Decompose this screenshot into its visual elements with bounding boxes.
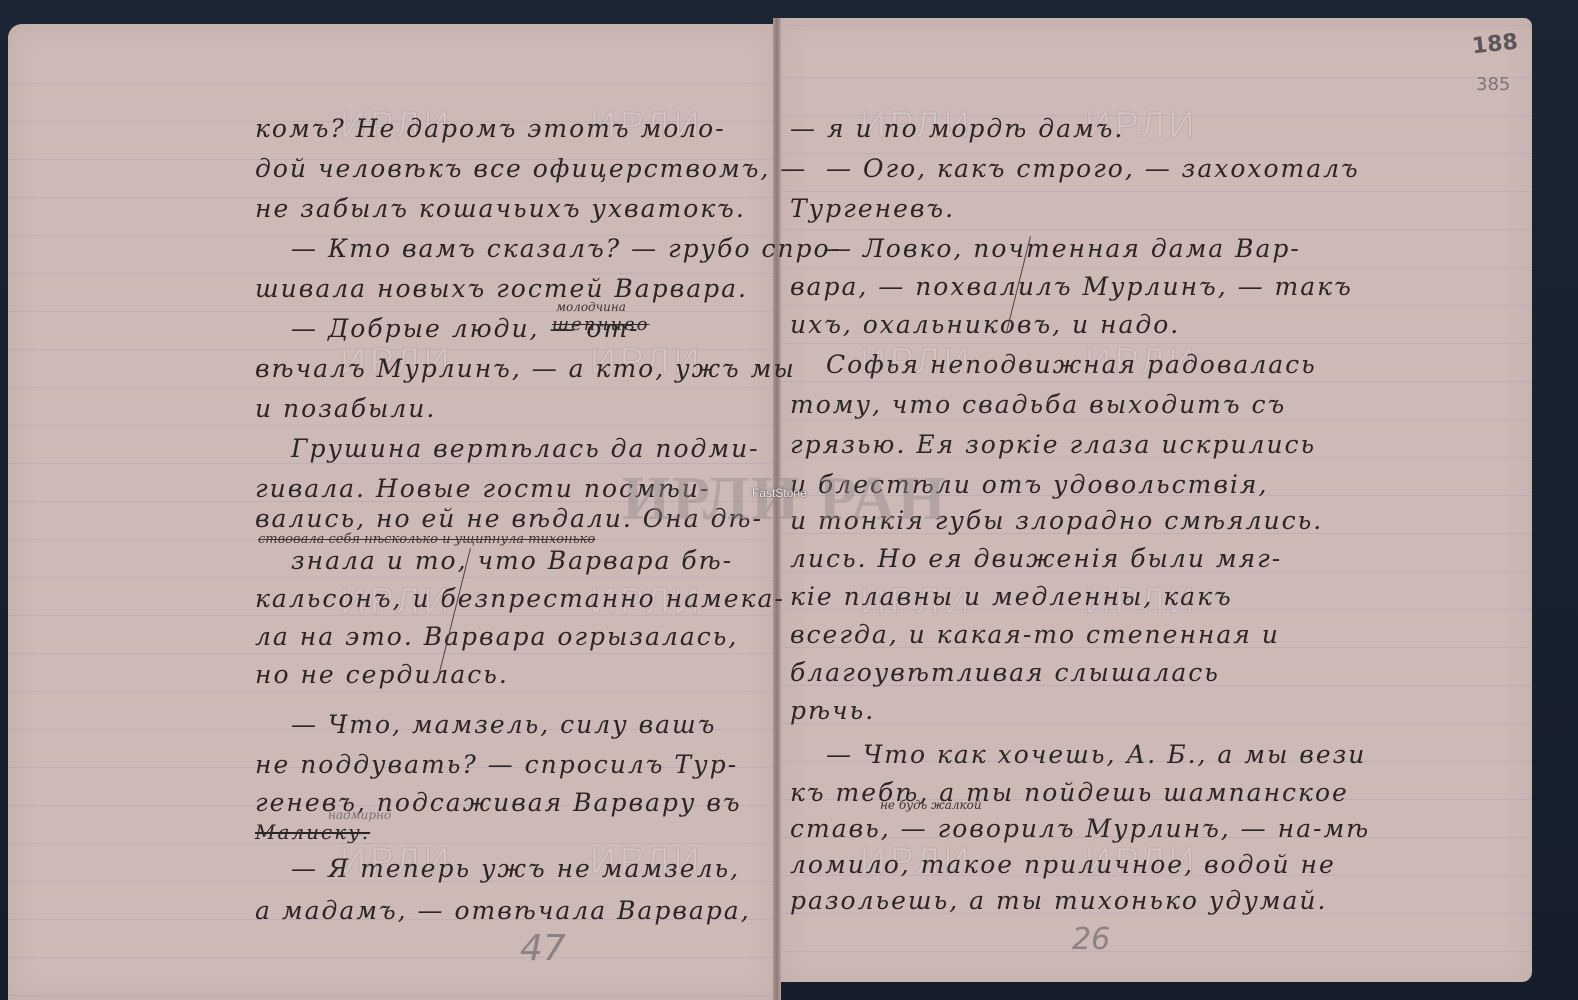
struck-word: шепчиво (552, 316, 649, 334)
folio-number-left: 47 (520, 928, 566, 969)
text-line: — Кто вамъ сказалъ? — грубо спро- (255, 236, 841, 261)
text-line: — Ого, какъ строго, — захохоталъ (790, 156, 1360, 181)
text-line: Софья неподвижная радовалась (790, 352, 1317, 377)
text-line: — я и по мордѣ дамъ. (790, 116, 1124, 141)
text-line: вались, но ей не вѣдали. Она дѣ- (255, 506, 763, 531)
text-line: ихъ, охальниковъ, и надо. (790, 312, 1180, 337)
text-line: знала и то, что Варвара бѣ- (255, 548, 733, 573)
text-line: и блестѣли отъ удовольствія, (790, 472, 1268, 497)
text-line: Грушина вертѣлась да подми- (255, 436, 760, 461)
text-line: кальсонъ, и безпрестанно намека- (255, 586, 785, 611)
text-line: но не сердилась. (255, 662, 509, 687)
text-line: вѣчалъ Мурлинъ, — а кто, ужъ мы (255, 356, 796, 381)
text-line: — Что как хочешь, А. Б., а мы вези (790, 742, 1366, 767)
text-line: грязью. Ея зоркіе глаза искрились (790, 432, 1316, 457)
archive-folio-number: 188 (1471, 30, 1519, 60)
text-line: комъ? Не даромъ этотъ моло- (255, 116, 726, 141)
text-line: ла на это. Варвара огрызалась, (255, 624, 738, 649)
text-line: шивала новыхъ гостей Варвара. (255, 276, 748, 301)
text-line: тому, что свадьба выходитъ съ (790, 392, 1286, 417)
text-line: и позабыли. (255, 396, 436, 421)
text-line: не поддувать? — спросилъ Тур- (255, 752, 738, 777)
text-line: всегда, и какая-то степенная и (790, 622, 1280, 647)
viewer-logo-label: FastStone (752, 486, 807, 500)
text-line: благоувѣтливая слышалась (790, 660, 1220, 685)
text-line: кіе плавны и медленны, какъ (790, 584, 1233, 609)
text-line: лись. Но ея движенія были мяг- (790, 546, 1282, 571)
text-line: не забылъ кошачьихъ ухватокъ. (255, 196, 746, 221)
text-line: ломило, такое приличное, водой не (790, 852, 1336, 877)
struck-insertion: ствовала себя нѣсколько и ущипнула тихон… (258, 532, 595, 547)
text-line: — Что, мамзель, силу вашъ (255, 712, 716, 737)
text-line: — Ловко, почтенная дама Вар- (790, 236, 1301, 261)
handwritten-insertion: не будь жалкой (880, 798, 982, 812)
text-line: Тургеневъ. (790, 196, 955, 221)
text-line: — Я теперь ужъ не мамзель, (255, 856, 740, 881)
text-line: рѣчь. (790, 698, 875, 723)
text-line: ставь, — говорилъ Мурлинъ, — на-мѣ (790, 816, 1370, 841)
folio-number-right: 26 (1072, 922, 1110, 957)
text-line: Малиску. (255, 822, 370, 842)
image-viewer-canvas: ИРЛИ ИРЛИ ИРЛИ ИРЛИ ИРЛИ ИРЛИ ИРЛИ ИРЛИ … (0, 0, 1578, 1000)
text-line: дой человѣкъ все офицерствомъ, — (255, 156, 807, 181)
archive-sheet-number: 385 (1476, 74, 1510, 95)
text-line: гивала. Новые гости посмѣи- (255, 476, 710, 501)
text-line: разольешь, а ты тихонько удумай. (790, 888, 1327, 913)
handwritten-insertion: молодчина (556, 300, 626, 314)
text-line: и тонкія губы злорадно смѣялись. (790, 508, 1323, 533)
text-line: а мадамъ, — отвѣчала Варвара, (255, 898, 751, 923)
text-line: вара, — похвалилъ Мурлинъ, — такъ (790, 274, 1353, 299)
text-line: къ тебѣ, а ты пойдешь шампанское (790, 780, 1349, 805)
